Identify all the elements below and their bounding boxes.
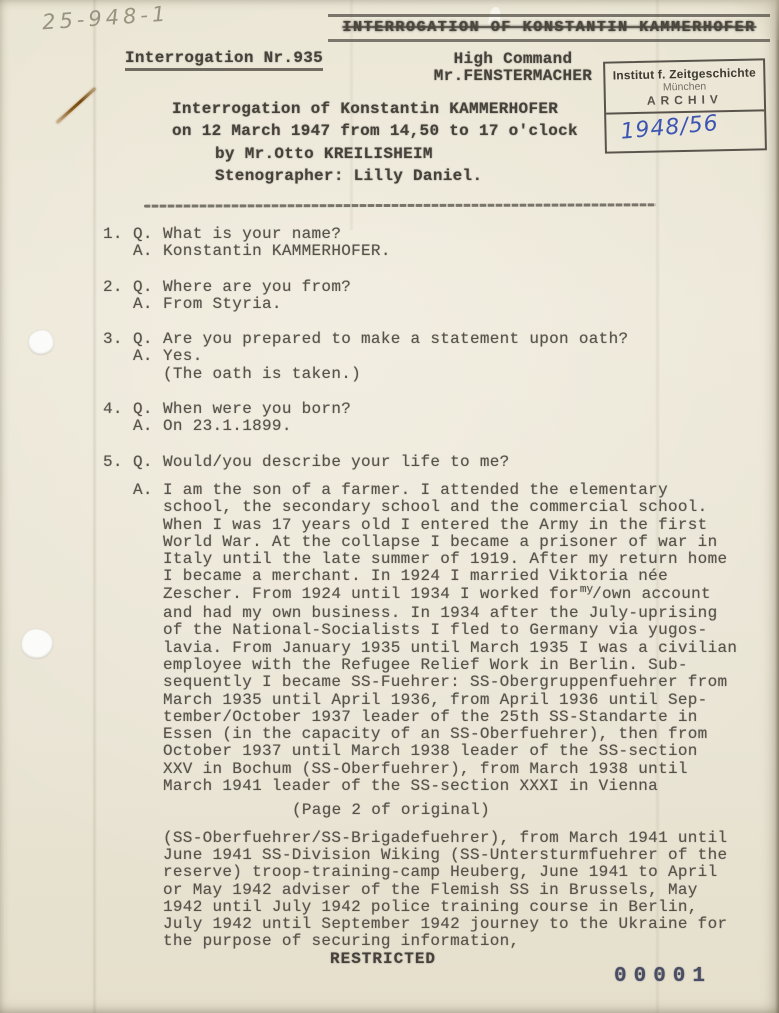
q-label: Q. xyxy=(133,331,163,348)
a-label: A. xyxy=(133,243,163,260)
archive-stamp: Institut f. Zeitgeschichte München ARCHI… xyxy=(603,58,767,153)
question-text: Are you prepared to make a statement upo… xyxy=(163,331,628,348)
question-row: 2.Q.Where are you from? xyxy=(103,279,748,296)
answer-text: On 23.1.1899. xyxy=(163,418,292,435)
question-number: 3. xyxy=(103,331,133,348)
handwritten-archive-number: 25-948-1 xyxy=(41,2,170,35)
question-row: 4.Q.When were you born? xyxy=(103,401,748,418)
biography-line-with-insert: Zescher. From 1924 until 1934 I worked f… xyxy=(163,586,748,605)
title-line-subject: Interrogation of Konstantin KAMMERHOFER xyxy=(172,98,578,120)
qa-section: 1.Q.What is your name? A.Konstantin KAMM… xyxy=(103,226,748,968)
question-row: 3.Q.Are you prepared to make a statement… xyxy=(103,331,748,348)
recipient-command: High Command xyxy=(424,51,602,68)
question-number: 1. xyxy=(103,226,133,243)
punch-hole xyxy=(28,330,54,355)
question-row: 1.Q.What is your name? xyxy=(103,226,748,243)
title-line-interrogator: by Mr.Otto KREILISHEIM xyxy=(172,143,578,165)
a-label: A. xyxy=(133,418,163,435)
answer-row: A.Yes. (The oath is taken.) xyxy=(103,348,748,383)
paper-crease xyxy=(92,0,97,1013)
stamp-archiv-label: ARCHIV xyxy=(608,91,762,108)
question-text: What is your name? xyxy=(163,226,341,243)
q-label: Q. xyxy=(133,226,163,243)
archive-stamp-reference-box: 1948/56 xyxy=(606,111,765,151)
page-2-note: (Page 2 of original) xyxy=(292,802,748,819)
typed-superscript-insert: my xyxy=(580,582,593,599)
biography-paragraph-2: and had my own business. In 1934 after t… xyxy=(163,605,748,795)
separator-line xyxy=(144,203,656,207)
archive-stamp-header: Institut f. Zeitgeschichte München ARCHI… xyxy=(605,60,764,114)
answer-text: Yes. (The oath is taken.) xyxy=(163,348,361,383)
answer-text: From Styria. xyxy=(163,296,282,313)
question-number: 2. xyxy=(103,279,133,296)
recipient-name: Mr.FENSTERMACHER xyxy=(424,68,602,85)
qa-item-2: 2.Q.Where are you from? A.From Styria. xyxy=(103,279,748,314)
qa-item-3: 3.Q.Are you prepared to make a statement… xyxy=(103,331,748,383)
a-label: A. xyxy=(133,482,153,499)
handwritten-reference-number: 1948/56 xyxy=(620,111,720,145)
answer-row: A.From Styria. xyxy=(103,296,748,313)
biography-paragraph-1: I am the son of a farmer. I attended the… xyxy=(163,482,748,586)
a-label: A. xyxy=(133,296,163,313)
qa-item-5: 5.Q.Would/you describe your life to me? xyxy=(103,454,748,471)
interrogation-number: Interrogation Nr.935 xyxy=(125,49,323,71)
scanned-document-page: 25-948-1 INTERROGATION OF KONSTANTIN KAM… xyxy=(0,0,779,1013)
question-row: 5.Q.Would/you describe your life to me? xyxy=(103,454,748,471)
a-label: A. xyxy=(133,348,163,365)
question-text: Where are you from? xyxy=(163,279,351,296)
title-block: Interrogation of Konstantin KAMMERHOFER … xyxy=(172,98,578,188)
biography-answer: A. I am the son of a farmer. I attended … xyxy=(103,482,748,968)
q-label: Q. xyxy=(133,401,163,418)
question-text: When were you born? xyxy=(163,401,351,418)
punch-hole xyxy=(21,629,53,659)
title-line-datetime: on 12 March 1947 from 14,50 to 17 o'cloc… xyxy=(172,120,578,142)
answer-text: Konstantin KAMMERHOFER. xyxy=(163,243,391,260)
document-banner-title: INTERROGATION OF KONSTANTIN KAMMERHOFER xyxy=(328,14,770,42)
title-line-stenographer: Stenographer: Lilly Daniel. xyxy=(172,165,578,187)
qa-item-4: 4.Q.When were you born? A.On 23.1.1899. xyxy=(103,401,748,436)
question-number: 5. xyxy=(103,454,133,471)
q-label: Q. xyxy=(133,279,163,296)
question-number: 4. xyxy=(103,401,133,418)
recipient-block: High Command Mr.FENSTERMACHER xyxy=(424,51,602,85)
q-label: Q. xyxy=(133,454,163,471)
answer-row: A.On 23.1.1899. xyxy=(103,418,748,435)
answer-row: A.Konstantin KAMMERHOFER. xyxy=(103,243,748,260)
question-text: Would/you describe your life to me? xyxy=(163,454,510,471)
qa-item-1: 1.Q.What is your name? A.Konstantin KAMM… xyxy=(103,226,748,261)
ink-stain xyxy=(56,87,97,124)
biography-paragraph-3: (SS-Oberfuehrer/SS-Brigadefuehrer), from… xyxy=(163,830,748,951)
paper-edge-shadow xyxy=(775,0,779,1013)
page-number-stamp: 00001 xyxy=(614,965,712,988)
